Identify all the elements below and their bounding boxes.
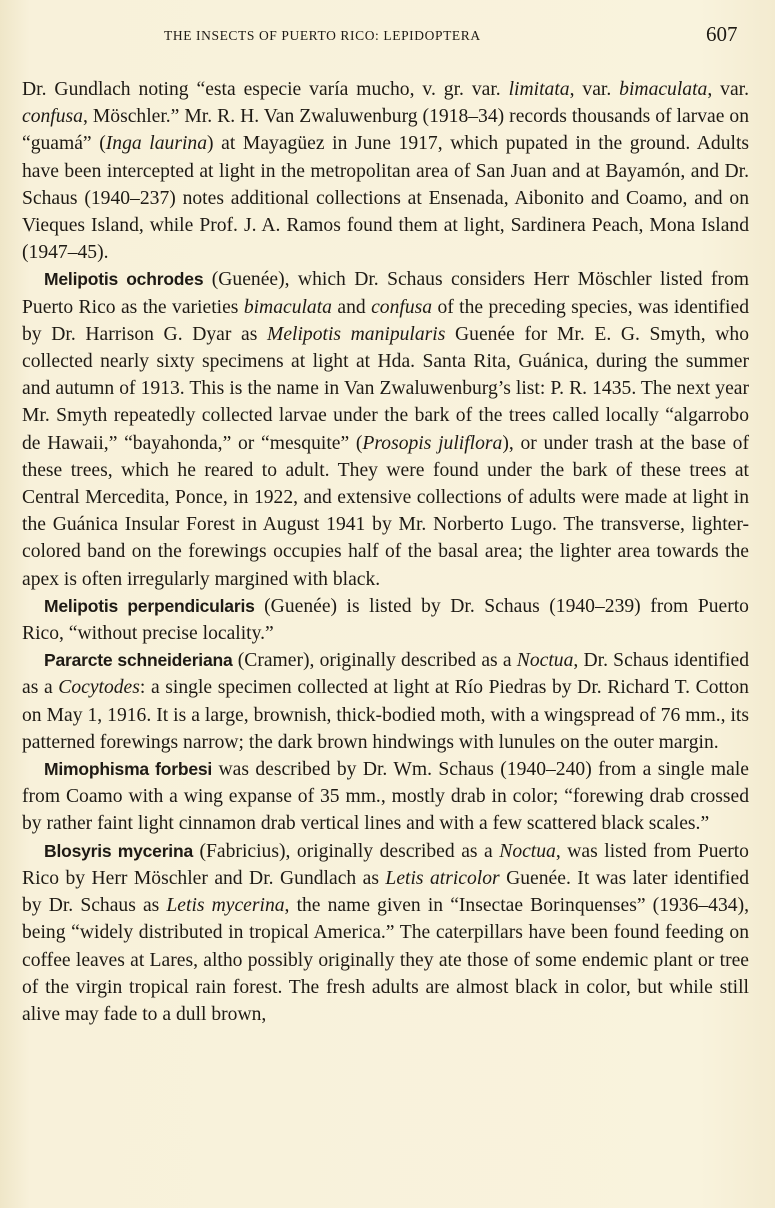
text-run: (Fabricius), originally described as a bbox=[193, 841, 499, 862]
paragraph-blosyris-mycerina: Blosyris mycerina (Fabricius), originall… bbox=[22, 838, 749, 1028]
running-title: THE INSECTS OF PUERTO RICO: LEPIDOPTERA bbox=[164, 28, 481, 44]
text-run: , var. bbox=[570, 79, 620, 100]
paragraph-continuation: Dr. Gundlach noting “esta especie varía … bbox=[22, 76, 749, 266]
paragraph-melipotis-ochrodes: Melipotis ochrodes (Guenée), which Dr. S… bbox=[22, 266, 749, 592]
text-run: , var. bbox=[707, 79, 749, 100]
italic-term: Noctua bbox=[499, 841, 556, 862]
text-run: ), or under trash at the base of these t… bbox=[22, 433, 749, 590]
body-text: Dr. Gundlach noting “esta especie varía … bbox=[22, 76, 749, 1028]
italic-term: confusa bbox=[371, 297, 432, 318]
text-run: Dr. Gundlach noting “esta especie varía … bbox=[22, 79, 509, 100]
italic-term: bimaculata bbox=[619, 79, 707, 100]
italic-term: confusa bbox=[22, 106, 83, 127]
document-page: THE INSECTS OF PUERTO RICO: LEPIDOPTERA … bbox=[0, 0, 775, 1208]
text-run: (Cramer), originally described as a bbox=[233, 650, 517, 671]
italic-term: limitata bbox=[509, 79, 570, 100]
paragraph-melipotis-perpendicularis: Melipotis perpendicularis (Guenée) is li… bbox=[22, 593, 749, 647]
italic-term: Cocytodes bbox=[58, 677, 140, 698]
species-heading: Mimophisma forbesi bbox=[44, 759, 212, 779]
italic-term: Letis mycerina bbox=[166, 895, 284, 916]
text-run: and bbox=[332, 297, 371, 318]
species-heading: Melipotis perpendicularis bbox=[44, 596, 255, 616]
italic-term: Noctua bbox=[517, 650, 574, 671]
species-heading: Melipotis ochrodes bbox=[44, 269, 203, 289]
italic-term: Melipotis manipularis bbox=[267, 324, 445, 345]
page-number: 607 bbox=[706, 22, 738, 47]
species-heading: Pararcte schneideriana bbox=[44, 650, 233, 670]
italic-term: Letis atricolor bbox=[385, 868, 499, 889]
italic-term: bimaculata bbox=[244, 297, 332, 318]
italic-term: Inga laurina bbox=[106, 133, 207, 154]
species-heading: Blosyris mycerina bbox=[44, 841, 193, 861]
paragraph-mimophisma-forbesi: Mimophisma forbesi was described by Dr. … bbox=[22, 756, 749, 838]
italic-term: Prosopis juliflora bbox=[362, 433, 502, 454]
running-head: THE INSECTS OF PUERTO RICO: LEPIDOPTERA … bbox=[0, 26, 775, 50]
paragraph-pararcte-schneideriana: Pararcte schneideriana (Cramer), origina… bbox=[22, 647, 749, 756]
